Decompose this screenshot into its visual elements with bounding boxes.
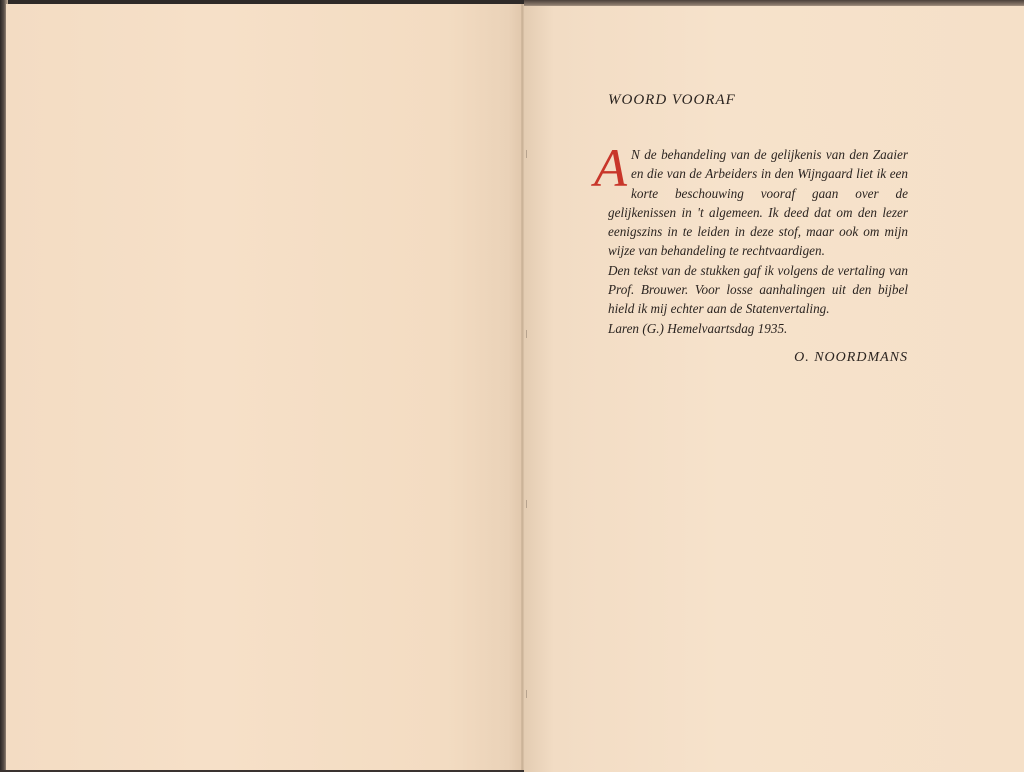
- binding-mark: [526, 330, 527, 338]
- binding-mark: [526, 500, 527, 508]
- paragraph-1: AN de behandeling van de gelijkenis van …: [608, 145, 908, 261]
- foreword-text-block: WOORD VOORAF AN de behandeling van de ge…: [608, 92, 908, 381]
- drop-cap: A: [594, 148, 627, 188]
- paragraph-2: Den tekst van de stukken gaf ik volgens …: [608, 261, 908, 319]
- paragraph-1-text: N de behandeling van de gelijkenis van d…: [608, 147, 908, 258]
- binding-mark: [526, 690, 527, 698]
- binding-mark: [526, 150, 527, 158]
- book-spread: ​ WOORD VOORAF AN de behandeling van de …: [0, 0, 1024, 770]
- foreword-heading: WOORD VOORAF: [608, 92, 908, 109]
- author-signature: O. NOORDMANS: [608, 348, 908, 367]
- foreword-body: AN de behandeling van de gelijkenis van …: [608, 145, 908, 367]
- place-date: Laren (G.) Hemelvaartsdag 1935.: [608, 319, 908, 338]
- left-page: ​: [6, 4, 524, 770]
